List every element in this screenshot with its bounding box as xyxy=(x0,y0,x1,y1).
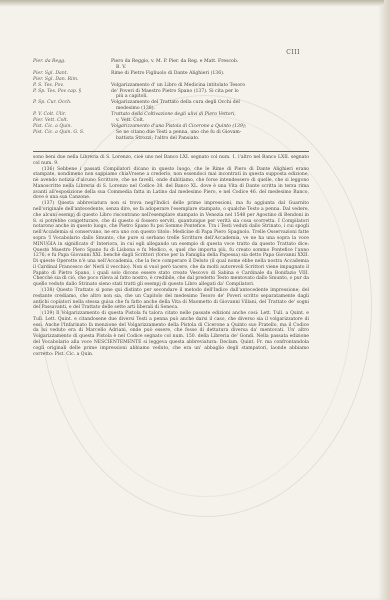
footnote-divider xyxy=(33,151,309,152)
footnote-continuation: sono beni due nella Libreria di S. Loren… xyxy=(33,155,309,167)
abbreviation-value: Se ne citano due Testi a penna, uno che … xyxy=(111,130,309,142)
footnotes: sono beni due nella Libreria di S. Loren… xyxy=(33,155,309,357)
abbreviation-text: Piero da Reggio, v. M. P. Pier. da Reg. … xyxy=(111,59,238,64)
abbreviation-key: P. Sp. Cur. Occh. xyxy=(33,100,111,112)
page-top-edge xyxy=(0,0,390,6)
abbreviation-continuation: battista Strozzi; l'altro del Pansiato. xyxy=(111,136,309,142)
abbreviation-row: P. Sp. Tes. Pov cap. § de' Poveri di Mae… xyxy=(33,89,309,101)
footnote-139: (139) Il Volgarizzamento di questa Pisto… xyxy=(33,311,309,357)
abbreviation-value: Volgarizzamento del Trattato della cura … xyxy=(111,100,309,112)
abbreviation-row: Pier. da Regg. Piero da Reggio, v. M. P.… xyxy=(33,59,309,71)
page-number: CIII xyxy=(286,49,300,56)
abbreviation-value: de' Poveri di Maestro Pietro Spano (137)… xyxy=(111,89,309,101)
abbreviation-text: de' Poveri di Maestro Pietro Spano (137)… xyxy=(111,89,239,94)
document-page: CIII Pier. da Regg. Piero da Reggio, v. … xyxy=(0,0,384,600)
abbreviations-table: Pier. da Regg. Piero da Reggio, v. M. P.… xyxy=(33,59,309,142)
page-right-edge xyxy=(384,0,390,600)
abbreviation-text: Se ne citano due Testi a penna, uno che … xyxy=(111,130,241,135)
abbreviation-value: Piero da Reggio, v. M. P. Pier. da Reg. … xyxy=(111,59,309,71)
abbreviation-key: Pier. da Regg. xyxy=(33,59,111,71)
footnote-138: (138) Questo Trattato si pone qui distin… xyxy=(33,288,309,311)
abbreviation-key: P. Sp. Tes. Pov cap. § xyxy=(33,89,111,101)
footnote-137: (137) Questa abbreviatura non si trova n… xyxy=(33,201,309,288)
abbreviation-text: Volgarizzamento del Trattato della cura … xyxy=(111,100,240,105)
footnote-136: (136) Sebbene i passati Compilatori dica… xyxy=(33,167,309,202)
abbreviation-row: Pist. Cic. a Quin. G. S. Se ne citano du… xyxy=(33,130,309,142)
abbreviation-text: v. Vett. Colt. xyxy=(111,118,144,123)
abbreviation-row: P. Sp. Cur. Occh. Volgarizzamento del Tr… xyxy=(33,100,309,112)
abbreviation-key: Pist. Cic. a Quin. G. S. xyxy=(33,130,111,142)
